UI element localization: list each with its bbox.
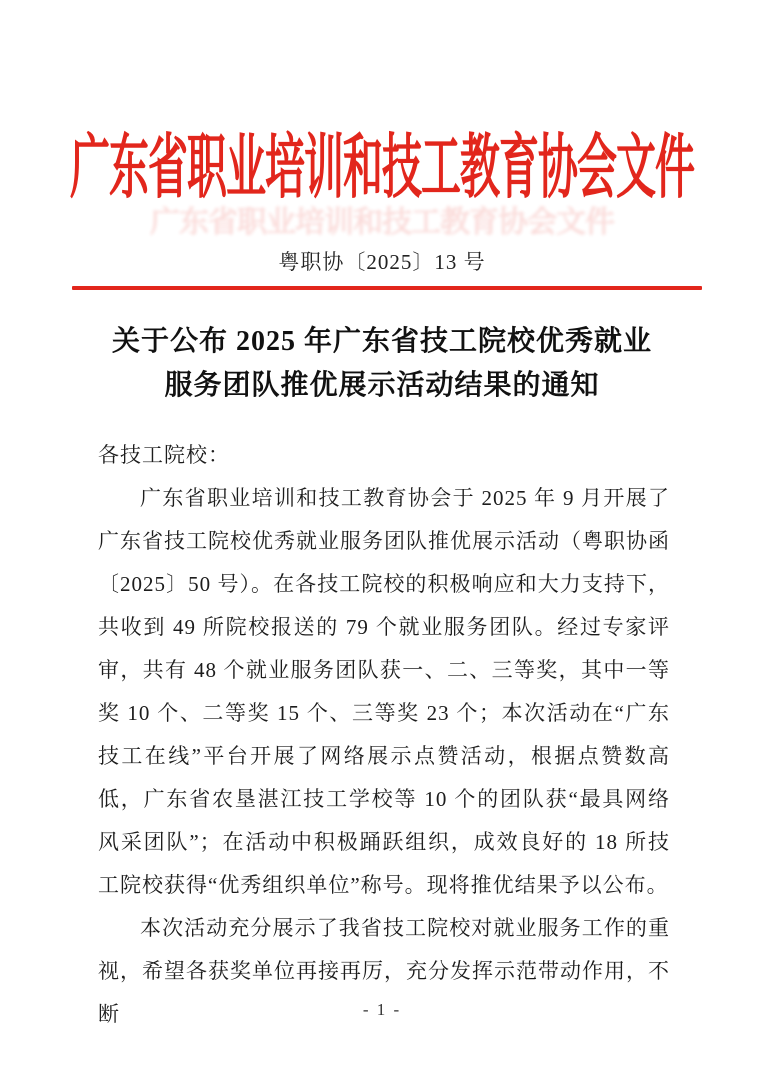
salutation: 各技工院校：: [98, 434, 670, 477]
document-page: 广东省职业培训和技工教育协会文件 广东省职业培训和技工教育协会文件 粤职协〔20…: [0, 0, 764, 1080]
red-divider-rule: [72, 286, 702, 290]
notice-title: 关于公布 2025 年广东省技工院校优秀就业 服务团队推优展示活动结果的通知: [40, 320, 724, 408]
notice-title-line1: 关于公布 2025 年广东省技工院校优秀就业: [40, 320, 724, 364]
page-number: - 1 -: [0, 1000, 764, 1020]
document-number: 粤职协〔2025〕13 号: [0, 246, 764, 276]
letterhead-title: 广东省职业培训和技工教育协会文件: [70, 112, 694, 212]
notice-body: 各技工院校： 广东省职业培训和技工教育协会于 2025 年 9 月开展了广东省技…: [98, 434, 670, 1036]
letterhead: 广东省职业培训和技工教育协会文件: [0, 112, 764, 169]
body-paragraph-1: 广东省职业培训和技工教育协会于 2025 年 9 月开展了广东省技工院校优秀就业…: [98, 477, 670, 907]
notice-title-line2: 服务团队推优展示活动结果的通知: [40, 364, 724, 408]
